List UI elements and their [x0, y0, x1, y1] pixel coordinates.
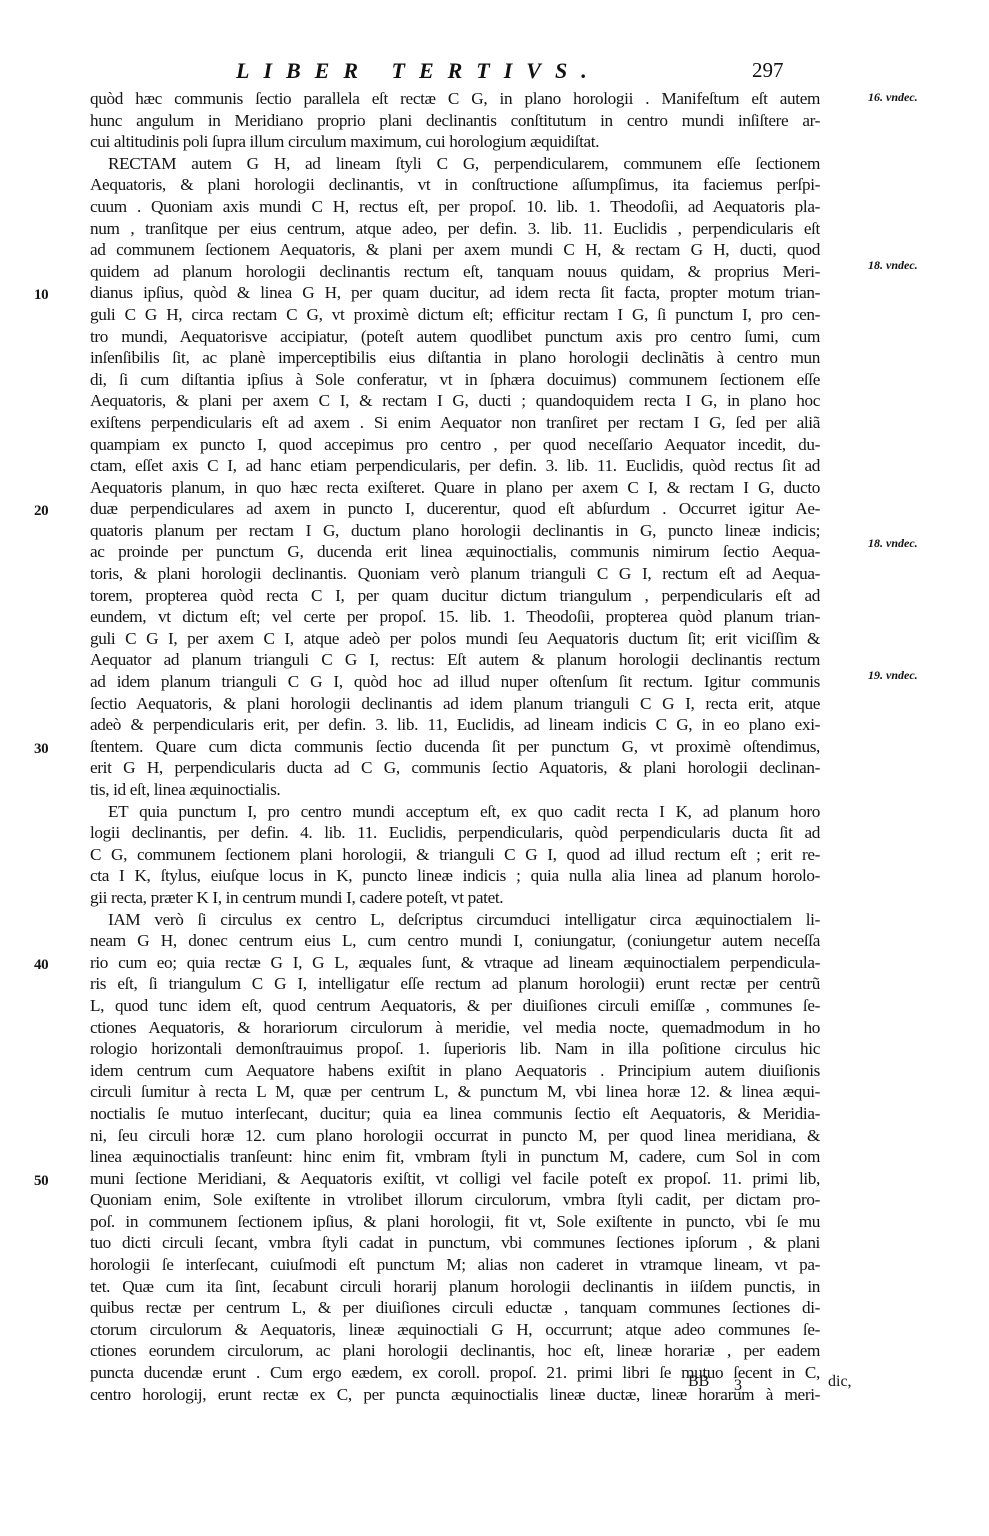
line-text: ſtentem. Quare cum dicta communis ſectio…: [90, 736, 820, 758]
text-line: Aequatoris planum, in quo hæc recta exiſ…: [56, 477, 816, 499]
line-number: 40: [34, 955, 58, 977]
line-text: quòd hæc communis ſectio parallela eſt r…: [90, 88, 820, 110]
line-text: noctialis ſe mutuo interſecant, ducitur;…: [90, 1103, 820, 1125]
line-text: cuum . Quoniam axis mundi C H, rectus eſ…: [90, 196, 820, 218]
text-line: cuum . Quoniam axis mundi C H, rectus eſ…: [56, 196, 816, 218]
text-line: linea æquinoctialis tranſeunt: hinc enim…: [56, 1146, 816, 1168]
text-line: guli C G I, per axem C I, atque adeò per…: [56, 628, 816, 650]
signature-number: 3: [734, 1377, 742, 1395]
line-text: poſ. in communem ſectionem ipſius, & pla…: [90, 1211, 820, 1233]
line-text: neam G H, donec centrum eius L, cum cent…: [90, 930, 820, 952]
line-text: hunc angulum in Meridiano proprio plani …: [90, 110, 820, 132]
text-line: num , tranſitque per eius centrum, atque…: [56, 218, 816, 240]
text-line: 10dianus ipſius, quòd & linea G H, per q…: [56, 282, 816, 304]
text-line: adeò & perpendicularis erit, per defin. …: [56, 714, 816, 736]
text-line: poſ. in communem ſectionem ipſius, & pla…: [56, 1211, 816, 1233]
line-text: gii recta, præter K I, in centrum mundi …: [90, 887, 820, 909]
line-text: tet. Quæ cum ita ſint, ſecabunt circuli …: [90, 1276, 820, 1298]
text-line: hunc angulum in Meridiano proprio plani …: [56, 110, 816, 132]
line-text: tuo dicti circuli ſecant, vmbra ſtyli ca…: [90, 1232, 820, 1254]
line-text: quampiam ex puncto I, quod accepimus pro…: [90, 434, 820, 456]
body-text: quòd hæc communis ſectio parallela eſt r…: [56, 88, 816, 1405]
text-line: torem, propterea quòd recta C I, per qua…: [56, 585, 816, 607]
line-text: ctam, eſſet axis C I, ad hanc etiam perp…: [90, 455, 820, 477]
line-text: logii declinantis, per defin. 4. lib. 11…: [90, 822, 820, 844]
line-text: erit G H, perpendicularis ducta ad C G, …: [90, 757, 820, 779]
line-text: torem, propterea quòd recta C I, per qua…: [90, 585, 820, 607]
text-line: ctorum circulorum & Aequatoris, lineæ æq…: [56, 1319, 816, 1341]
text-line: circuli ſumitur à recta L M, quæ per cen…: [56, 1081, 816, 1103]
text-line: 40rio cum eo; quia rectæ G I, G L, æqual…: [56, 952, 816, 974]
line-text: exiſtens perpendicularis eſt ad axem . S…: [90, 412, 820, 434]
line-text: ſectio Aequatoris, & plani horologii dec…: [90, 693, 820, 715]
line-text: ad idem planum trianguli C G I, quòd hoc…: [90, 671, 820, 693]
text-line: quampiam ex puncto I, quod accepimus pro…: [56, 434, 816, 456]
line-text: guli C G I, per axem C I, atque adeò per…: [90, 628, 820, 650]
text-line: IAM verò ſi circulus ex centro L, deſcri…: [56, 909, 816, 931]
signature-mark: BB: [688, 1373, 709, 1391]
text-line: neam G H, donec centrum eius L, cum cent…: [56, 930, 816, 952]
line-text: ac proinde per punctum G, ducenda erit l…: [90, 541, 820, 563]
line-text: eundem, vt dictum eſt; vel certe per pro…: [90, 606, 820, 628]
text-line: ctiones eorundem circulorum, ac plani ho…: [56, 1340, 816, 1362]
margin-note: 18. vndec.: [868, 258, 918, 273]
line-text: tis, id eſt, linea æquinoctialis.: [90, 779, 820, 801]
line-text: inſenſibilis ſit, ac planè imperceptibil…: [90, 347, 820, 369]
line-text: quibus rectæ per centrum L, & per diuiſi…: [90, 1297, 820, 1319]
text-line: cta I K, ſtylus, eiuſque locus in K, pun…: [56, 865, 816, 887]
line-text: ET quia punctum I, pro centro mundi acce…: [108, 801, 820, 823]
text-line: noctialis ſe mutuo interſecant, ducitur;…: [56, 1103, 816, 1125]
margin-note: 19. vndec.: [868, 668, 918, 683]
text-line: tis, id eſt, linea æquinoctialis.: [56, 779, 816, 801]
line-text: muni ſectione Meridiani, & Aequatoris ex…: [90, 1168, 820, 1190]
line-text: Quoniam enim, Sole exiſtente in vtrolibe…: [90, 1189, 820, 1211]
text-line: Aequatoris, & plani horologii declinanti…: [56, 174, 816, 196]
text-line: quibus rectæ per centrum L, & per diuiſi…: [56, 1297, 816, 1319]
line-text: quatoris planum per rectam I G, ductum p…: [90, 520, 820, 542]
text-line: logii declinantis, per defin. 4. lib. 11…: [56, 822, 816, 844]
line-text: horologii ſe interſecant, cuiuſmodi eſt …: [90, 1254, 820, 1276]
page-number: 297: [752, 58, 784, 83]
text-line: quidem ad planum horologii declinantis r…: [56, 261, 816, 283]
line-text: IAM verò ſi circulus ex centro L, deſcri…: [108, 909, 820, 931]
text-line: C G, communem ſectionem plani horologii,…: [56, 844, 816, 866]
text-line: Aequatoris, & plani per axem C I, & rect…: [56, 390, 816, 412]
line-text: num , tranſitque per eius centrum, atque…: [90, 218, 820, 240]
text-line: ac proinde per punctum G, ducenda erit l…: [56, 541, 816, 563]
line-text: rologio horizontali demonſtrauimus propo…: [90, 1038, 820, 1060]
line-text: di, ſi cum diſtantia ipſius à Sole confe…: [90, 369, 820, 391]
running-head: LIBER TERTIVS.: [236, 58, 601, 84]
text-line: Aequator ad planum trianguli C G I, rect…: [56, 649, 816, 671]
text-line: quatoris planum per rectam I G, ductum p…: [56, 520, 816, 542]
line-number: 50: [34, 1171, 58, 1193]
line-text: linea æquinoctialis tranſeunt: hinc enim…: [90, 1146, 820, 1168]
line-text: ctiones eorundem circulorum, ac plani ho…: [90, 1340, 820, 1362]
line-text: Aequatoris, & plani per axem C I, & rect…: [90, 390, 820, 412]
text-line: ris eſt, ſi triangulum C G I, intelligat…: [56, 973, 816, 995]
margin-note: 18. vndec.: [868, 536, 918, 551]
line-text: idem centrum cum Aequatore habens exiſti…: [90, 1060, 820, 1082]
text-line: erit G H, perpendicularis ducta ad C G, …: [56, 757, 816, 779]
line-text: rio cum eo; quia rectæ G I, G L, æquales…: [90, 952, 820, 974]
line-text: ctiones Aequatoris, & horariorum circulo…: [90, 1017, 820, 1039]
line-text: L, quod tunc idem eſt, quod centrum Aequ…: [90, 995, 820, 1017]
line-text: Aequatoris, & plani horologii declinanti…: [90, 174, 820, 196]
line-text: circuli ſumitur à recta L M, quæ per cen…: [90, 1081, 820, 1103]
text-line: ni, ſeu circuli horæ 12. cum plano horol…: [56, 1125, 816, 1147]
line-text: puncta ducendæ erunt . Cum ergo eædem, e…: [90, 1362, 820, 1384]
line-text: ad communem ſectionem Aequatoris, & plan…: [90, 239, 820, 261]
text-line: horologii ſe interſecant, cuiuſmodi eſt …: [56, 1254, 816, 1276]
text-line: ctam, eſſet axis C I, ad hanc etiam perp…: [56, 455, 816, 477]
text-line: ad idem planum trianguli C G I, quòd hoc…: [56, 671, 816, 693]
text-line: exiſtens perpendicularis eſt ad axem . S…: [56, 412, 816, 434]
line-text: C G, communem ſectionem plani horologii,…: [90, 844, 820, 866]
text-line: toris, & plani horologii declinantis. Qu…: [56, 563, 816, 585]
text-line: quòd hæc communis ſectio parallela eſt r…: [56, 88, 816, 110]
line-number: 20: [34, 501, 58, 523]
line-number: 30: [34, 739, 58, 761]
text-line: ctiones Aequatoris, & horariorum circulo…: [56, 1017, 816, 1039]
text-line: di, ſi cum diſtantia ipſius à Sole confe…: [56, 369, 816, 391]
text-line: 50muni ſectione Meridiani, & Aequatoris …: [56, 1168, 816, 1190]
line-text: centro horologij, erunt rectæ ex C, per …: [90, 1384, 820, 1406]
catchword: dic,: [828, 1373, 852, 1391]
text-line: 30ſtentem. Quare cum dicta communis ſect…: [56, 736, 816, 758]
text-line: cui altitudinis poli ſupra illum circulu…: [56, 131, 816, 153]
line-text: ni, ſeu circuli horæ 12. cum plano horol…: [90, 1125, 820, 1147]
book-page: LIBER TERTIVS. 297 quòd hæc communis ſec…: [0, 0, 989, 1536]
line-text: RECTAM autem G H, ad lineam ſtyli C G, p…: [108, 153, 820, 175]
text-line: tet. Quæ cum ita ſint, ſecabunt circuli …: [56, 1276, 816, 1298]
text-line: tuo dicti circuli ſecant, vmbra ſtyli ca…: [56, 1232, 816, 1254]
margin-note: 16. vndec.: [868, 90, 918, 105]
text-line: ad communem ſectionem Aequatoris, & plan…: [56, 239, 816, 261]
text-line: gii recta, præter K I, in centrum mundi …: [56, 887, 816, 909]
line-text: ris eſt, ſi triangulum C G I, intelligat…: [90, 973, 820, 995]
text-line: idem centrum cum Aequatore habens exiſti…: [56, 1060, 816, 1082]
line-text: duæ perpendiculares ad axem in puncto I,…: [90, 498, 820, 520]
line-text: ctorum circulorum & Aequatoris, lineæ æq…: [90, 1319, 820, 1341]
line-text: tro mundi, Aequatorisve accipiatur, (pot…: [90, 326, 820, 348]
line-text: Aequator ad planum trianguli C G I, rect…: [90, 649, 820, 671]
line-number: 10: [34, 285, 58, 307]
text-line: tro mundi, Aequatorisve accipiatur, (pot…: [56, 326, 816, 348]
text-line: ſectio Aequatoris, & plani horologii dec…: [56, 693, 816, 715]
line-text: quidem ad planum horologii declinantis r…: [90, 261, 820, 283]
text-line: rologio horizontali demonſtrauimus propo…: [56, 1038, 816, 1060]
text-line: ET quia punctum I, pro centro mundi acce…: [56, 801, 816, 823]
text-line: inſenſibilis ſit, ac planè imperceptibil…: [56, 347, 816, 369]
line-text: toris, & plani horologii declinantis. Qu…: [90, 563, 820, 585]
line-text: guli C G H, circa rectam C G, vt proximè…: [90, 304, 820, 326]
line-text: cta I K, ſtylus, eiuſque locus in K, pun…: [90, 865, 820, 887]
line-text: adeò & perpendicularis erit, per defin. …: [90, 714, 820, 736]
line-text: cui altitudinis poli ſupra illum circulu…: [90, 131, 820, 153]
line-text: dianus ipſius, quòd & linea G H, per qua…: [90, 282, 820, 304]
text-line: RECTAM autem G H, ad lineam ſtyli C G, p…: [56, 153, 816, 175]
text-line: 20duæ perpendiculares ad axem in puncto …: [56, 498, 816, 520]
text-line: Quoniam enim, Sole exiſtente in vtrolibe…: [56, 1189, 816, 1211]
text-line: L, quod tunc idem eſt, quod centrum Aequ…: [56, 995, 816, 1017]
text-line: guli C G H, circa rectam C G, vt proximè…: [56, 304, 816, 326]
text-line: eundem, vt dictum eſt; vel certe per pro…: [56, 606, 816, 628]
line-text: Aequatoris planum, in quo hæc recta exiſ…: [90, 477, 820, 499]
